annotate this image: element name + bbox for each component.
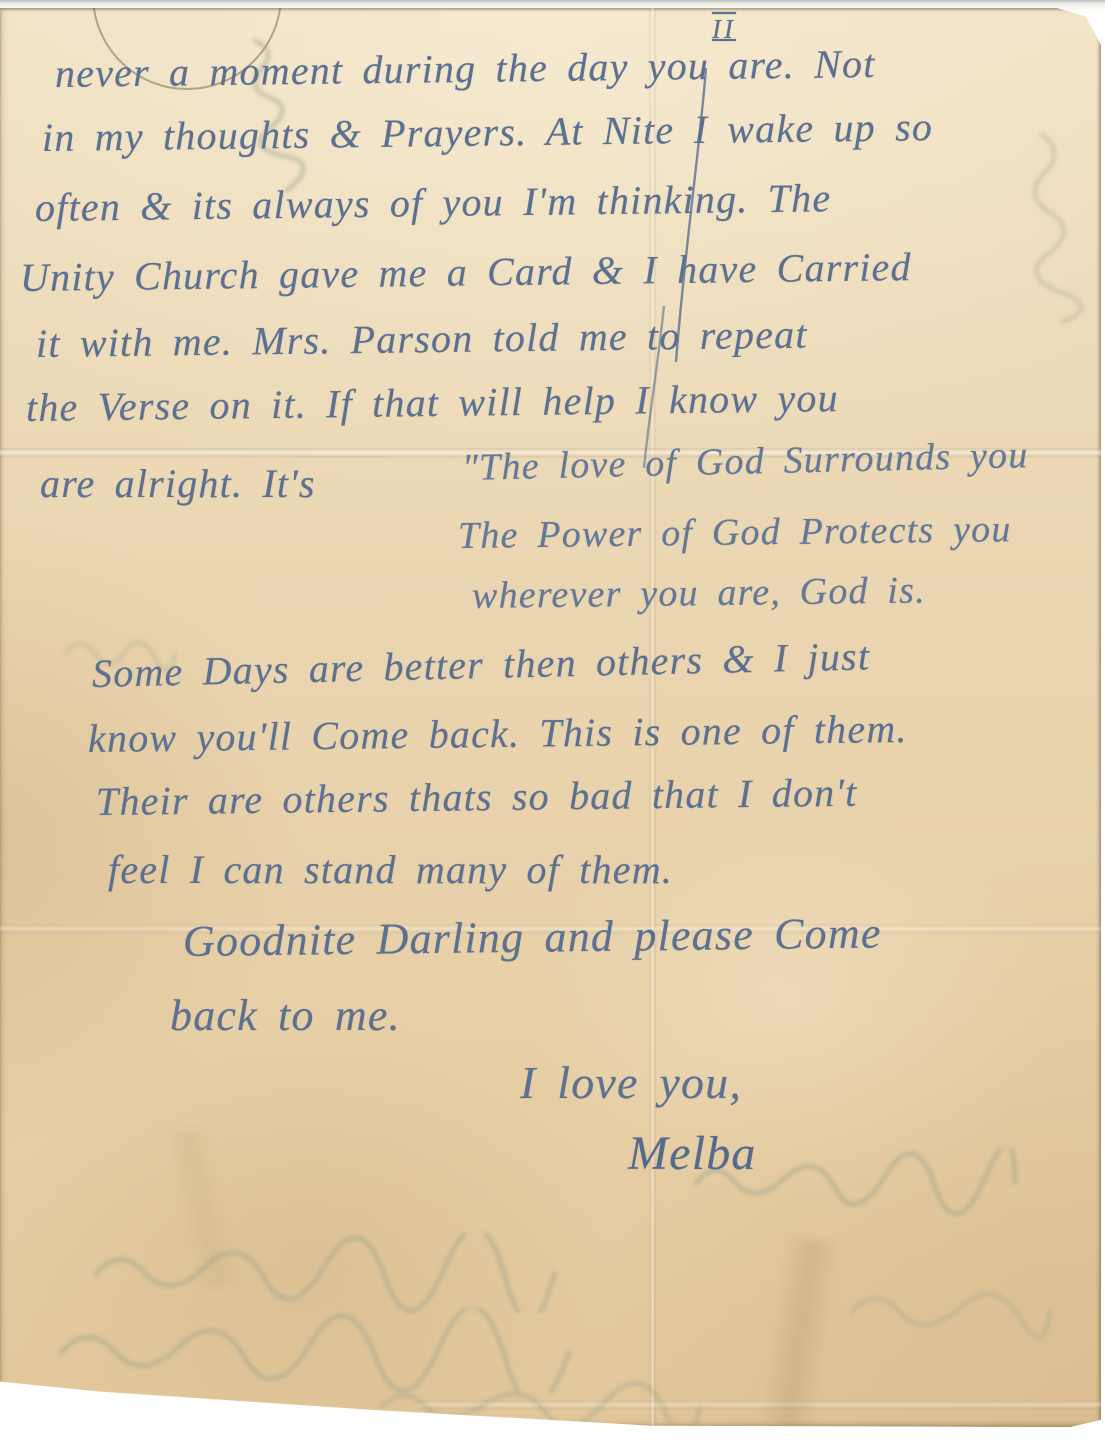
letter-line: in my thoughts & Prayers. At Nite I wake…	[42, 103, 934, 161]
letter-line: the Verse on it. If that will help I kno…	[26, 374, 839, 431]
letter-line: feel I can stand many of them.	[108, 846, 673, 893]
letter-line: Some Days are better then others & I jus…	[91, 632, 870, 697]
verse-line: "The love of God Surrounds you	[462, 433, 1029, 490]
letter-line: Their are others thats so bad that I don…	[96, 769, 858, 825]
scanned-letter: { "scan": { "paper_color": "#ecd9b6", "i…	[0, 0, 1105, 1441]
verse-line: The Power of God Protects you	[458, 507, 1012, 558]
letter-line: know you'll Come back. This is one of th…	[88, 705, 908, 762]
letter-line: are alright. It's	[40, 460, 316, 507]
letter-paper: II never a moment during the day you are…	[0, 8, 1101, 1427]
page-number: II	[712, 14, 736, 45]
closing-line: Goodnite Darling and please Come	[183, 907, 882, 967]
closing-line: back to me.	[170, 990, 401, 1041]
valediction: I love you,	[520, 1056, 742, 1109]
signature: Melba	[628, 1126, 757, 1181]
bottom-edge-crease	[418, 1400, 1101, 1411]
bleedthrough-ghost	[55, 1308, 575, 1393]
bleedthrough-ghost	[1010, 125, 1091, 330]
letter-line: often & its always of you I'm thinking. …	[35, 174, 832, 231]
letter-line: never a moment during the day you are. N…	[55, 40, 876, 97]
letter-line: it with me. Mrs. Parson told me to repea…	[36, 311, 808, 367]
letter-line: Unity Church gave me a Card & I have Car…	[20, 243, 912, 301]
crumple-shadow	[757, 1235, 843, 1427]
bleedthrough-ghost	[845, 1268, 1055, 1358]
verse-line: wherever you are, God is.	[472, 568, 926, 618]
bleedthrough-ghost	[375, 1376, 705, 1427]
crumple-shadow	[164, 1125, 242, 1291]
bleedthrough-ghost	[90, 1233, 560, 1313]
